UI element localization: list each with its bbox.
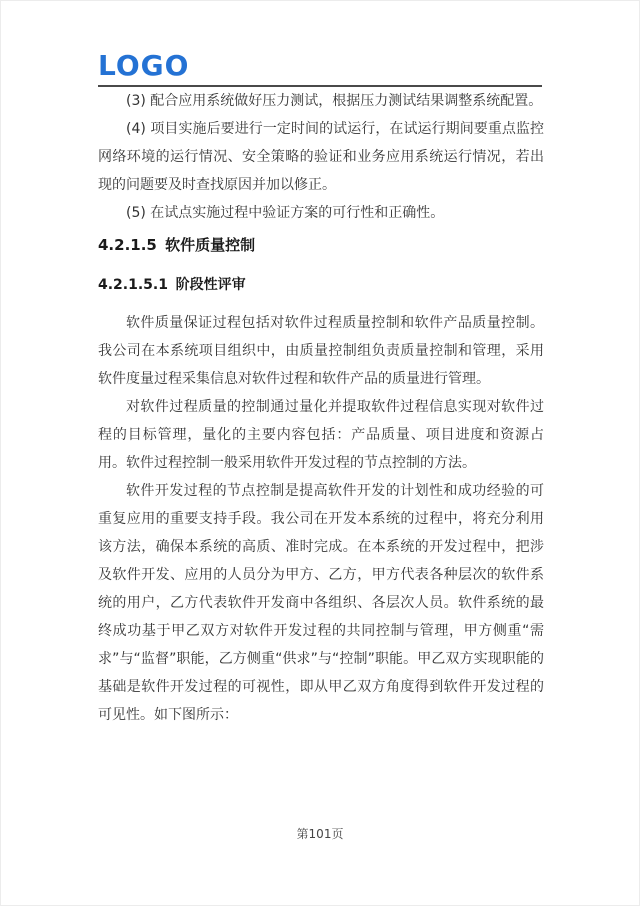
section-heading-title: 软件质量控制 (165, 236, 255, 254)
list-item-4: (4) 项目实施后要进行一定时间的试运行，在试运行期间要重点监控网络环境的运行情… (98, 115, 544, 199)
subsection-heading-number: 4.2.1.5.1 (98, 277, 168, 293)
page-number: 第101页 (1, 825, 639, 842)
document-body: (3) 配合应用系统做好压力测试，根据压力测试结果调整系统配置。 (4) 项目实… (98, 87, 544, 729)
section-heading: 4.2.1.5软件质量控制 (98, 231, 544, 259)
list-item-3: (3) 配合应用系统做好压力测试，根据压力测试结果调整系统配置。 (98, 87, 544, 115)
document-page: LOGO (3) 配合应用系统做好压力测试，根据压力测试结果调整系统配置。 (4… (0, 0, 640, 906)
body-paragraph-node-control: 软件开发过程的节点控制是提高软件开发的计划性和成功经验的可重复应用的重要支持手段… (98, 477, 544, 729)
page-header: LOGO (98, 52, 542, 80)
list-item-5: (5) 在试点实施过程中验证方案的可行性和正确性。 (98, 199, 544, 227)
body-paragraph-quality-assurance: 软件质量保证过程包括对软件过程质量控制和软件产品质量控制。我公司在本系统项目组织… (98, 309, 544, 393)
company-logo: LOGO (98, 52, 189, 80)
section-heading-number: 4.2.1.5 (98, 236, 157, 254)
subsection-heading-title: 阶段性评审 (176, 277, 246, 293)
subsection-heading: 4.2.1.5.1阶段性评审 (98, 271, 544, 299)
body-paragraph-process-quality: 对软件过程质量的控制通过量化并提取软件过程信息实现对软件过程的目标管理，量化的主… (98, 393, 544, 477)
